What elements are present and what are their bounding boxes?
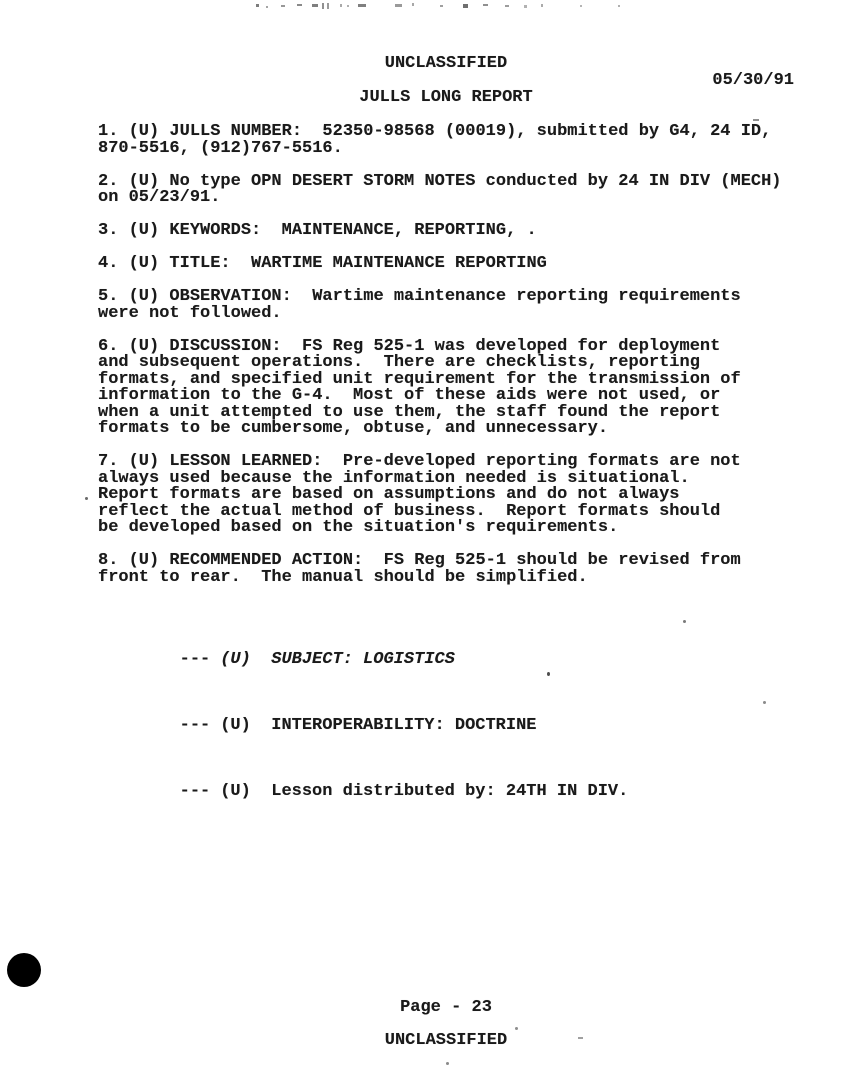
footnote-dashes: --- (180, 716, 211, 735)
footnote-dashes: --- (180, 782, 211, 801)
paragraph-observation: 5. (U) OBSERVATION: Wartime maintenance … (98, 289, 794, 322)
footnote-interoperability-text: (U) INTEROPERABILITY: DOCTRINE (220, 716, 536, 735)
paragraph-opn-notes: 2. (U) No type OPN DESERT STORM NOTES co… (98, 174, 794, 207)
footnote-distribution-text: (U) Lesson distributed by: 24TH IN DIV. (220, 782, 628, 801)
paragraph-title: 4. (U) TITLE: WARTIME MAINTENANCE REPORT… (98, 256, 794, 273)
paragraph-recommended-action: 8. (U) RECOMMENDED ACTION: FS Reg 525-1 … (98, 553, 794, 586)
classification-footer: UNCLASSIFIED (98, 1033, 794, 1050)
report-title: JULLS LONG REPORT (98, 90, 794, 107)
paragraph-keywords: 3. (U) KEYWORDS: MAINTENANCE, REPORTING,… (98, 223, 794, 240)
footnote-subject: ---(U) SUBJECT: LOGISTICS (98, 636, 794, 686)
scanned-document-page: { "page": { "classification_top": "UNCLA… (0, 0, 856, 1088)
paragraph-julls-number: 1. (U) JULLS NUMBER: 52350-98568 (00019)… (98, 124, 794, 157)
footnote-section: ---(U) SUBJECT: LOGISTICS ---(U) INTEROP… (98, 636, 794, 818)
footnote-subject-text: (U) SUBJECT: LOGISTICS (220, 650, 455, 669)
paragraph-discussion: 6. (U) DISCUSSION: FS Reg 525-1 was deve… (98, 339, 794, 438)
paragraph-lesson-learned: 7. (U) LESSON LEARNED: Pre-developed rep… (98, 454, 794, 537)
footnote-dashes: --- (180, 650, 211, 669)
footnote-distribution: ---(U) Lesson distributed by: 24TH IN DI… (98, 768, 794, 818)
hole-punch-dot (7, 953, 41, 987)
page-number: Page - 23 (98, 1000, 794, 1017)
document-column: UNCLASSIFIED 05/30/91 JULLS LONG REPORT … (98, 0, 794, 1088)
classification-header: UNCLASSIFIED (98, 56, 794, 73)
footnote-interoperability: ---(U) INTEROPERABILITY: DOCTRINE (98, 702, 794, 752)
report-body: 1. (U) JULLS NUMBER: 52350-98568 (00019)… (98, 124, 794, 834)
